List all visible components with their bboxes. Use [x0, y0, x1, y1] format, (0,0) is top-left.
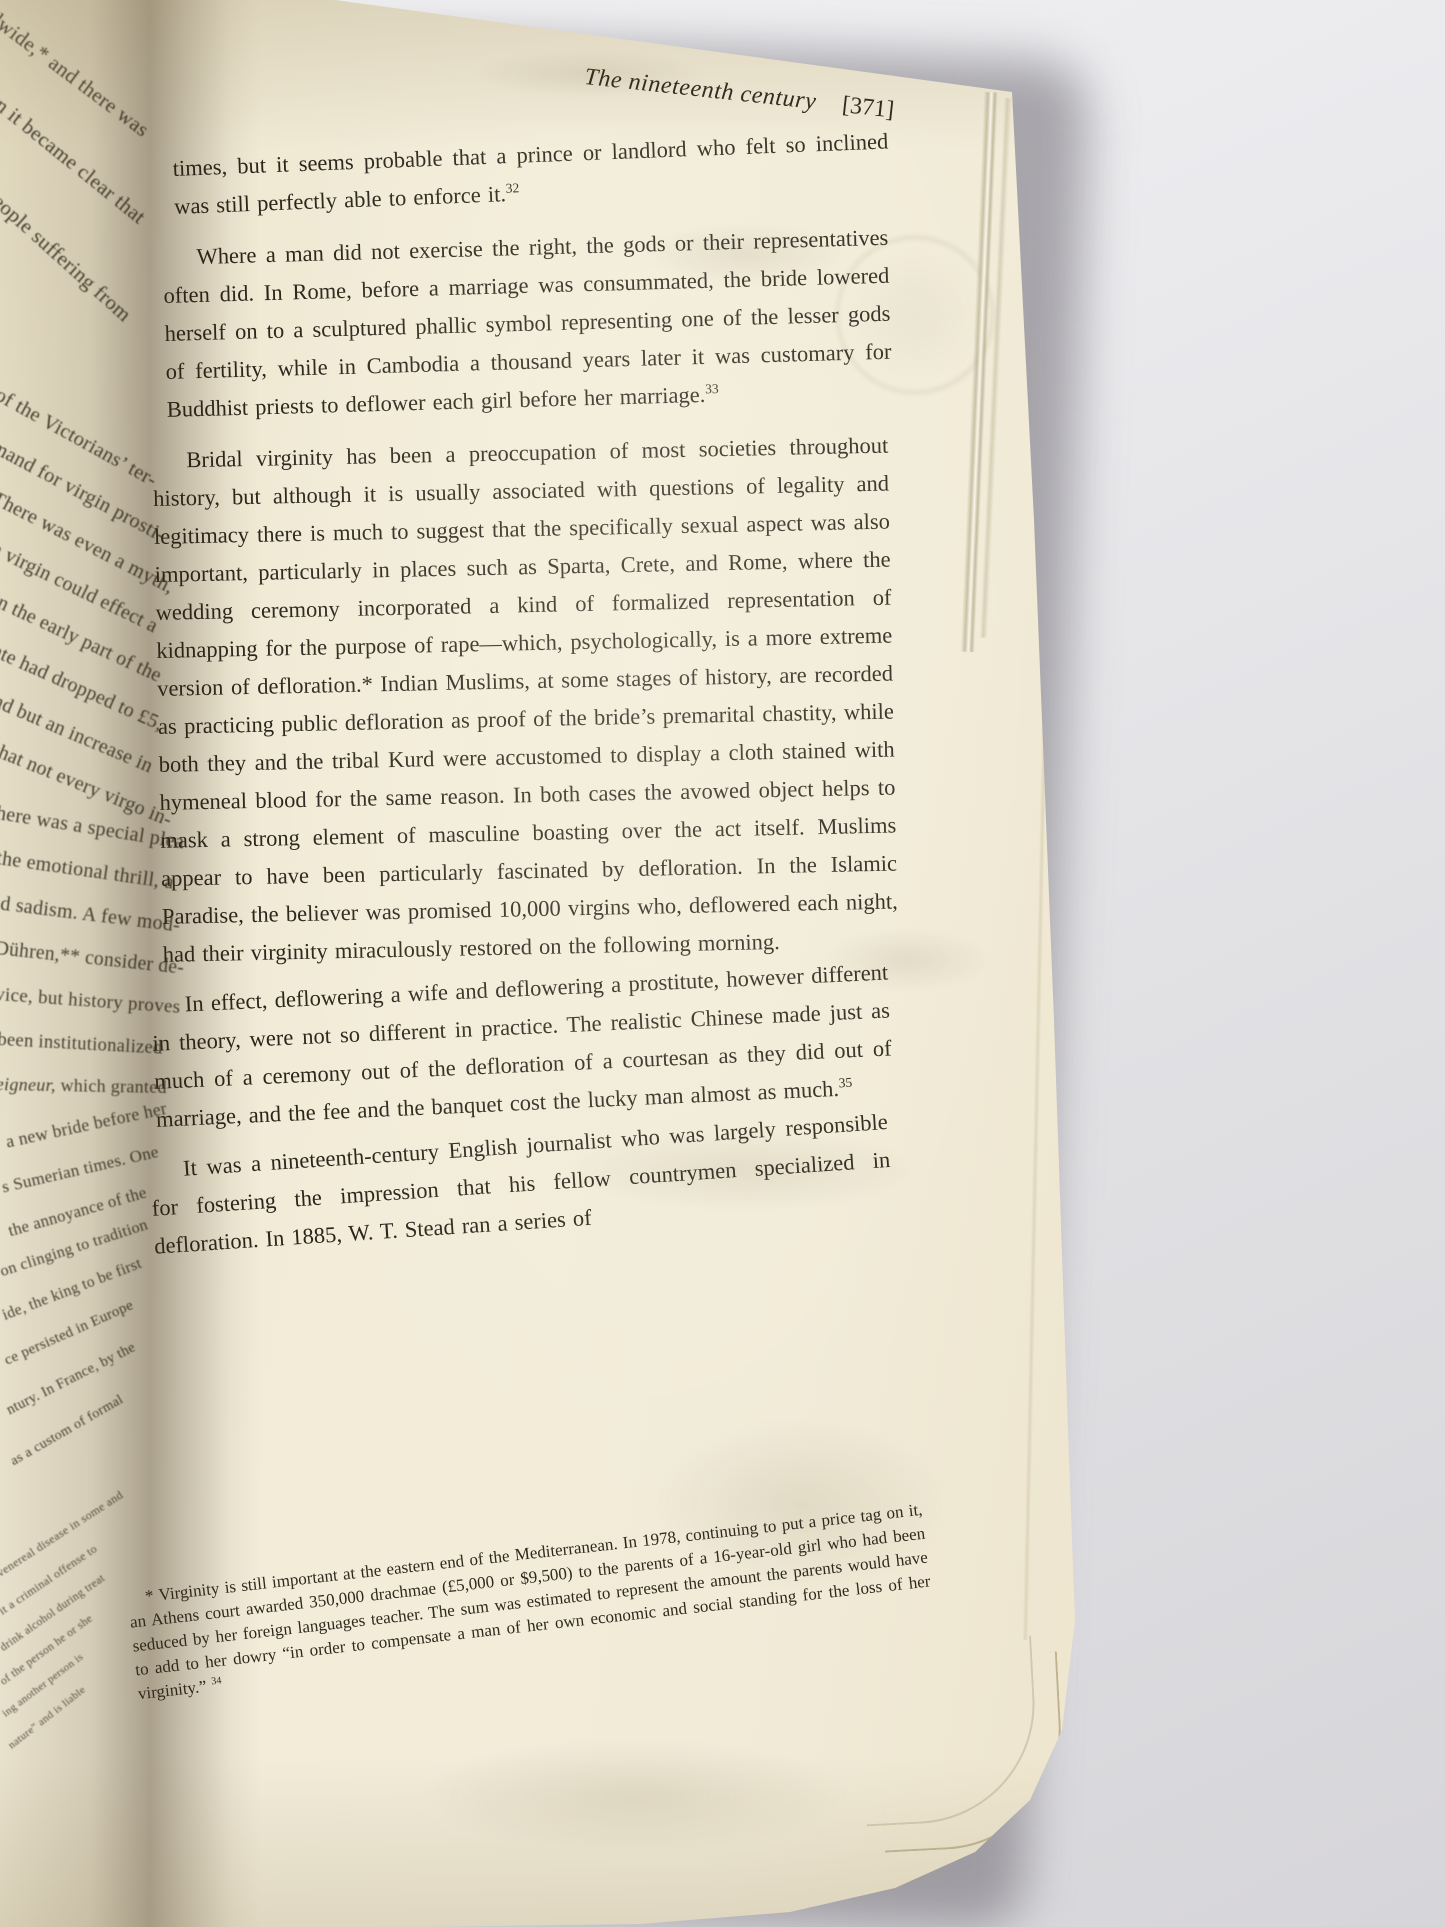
page-body-text: times, but it seems probable that a prin… [148, 150, 888, 1279]
page-header: The nineteenth century[371] [583, 64, 895, 124]
page-stack-edge [1022, 700, 1048, 1640]
right-shading [1245, 0, 1445, 1927]
left-page-footnote-fragment: nature” and is liable [6, 1684, 88, 1752]
footnote: * Virginity is still important at the ea… [126, 1498, 934, 1706]
top-shading [0, 0, 1445, 150]
book-photo: ldwide,* and there washen it became clea… [0, 0, 1445, 1927]
page-number: [371] [841, 92, 895, 123]
left-page-fragment: been institutionalized [0, 1030, 163, 1060]
paragraph-1: times, but it seems probable that a prin… [172, 123, 890, 226]
open-book-pages: ldwide,* and there washen it became clea… [0, 0, 1445, 1927]
paragraph-2: Where a man did not exercise the right, … [162, 219, 893, 429]
paragraph-3: Bridal virginity has been a preoccupatio… [152, 427, 899, 974]
ink-showthrough [420, 1738, 850, 1854]
left-page-fragment: eigneur, which granted [0, 1074, 167, 1098]
left-page-footnote-fragment: ing another person is [0, 1651, 86, 1720]
